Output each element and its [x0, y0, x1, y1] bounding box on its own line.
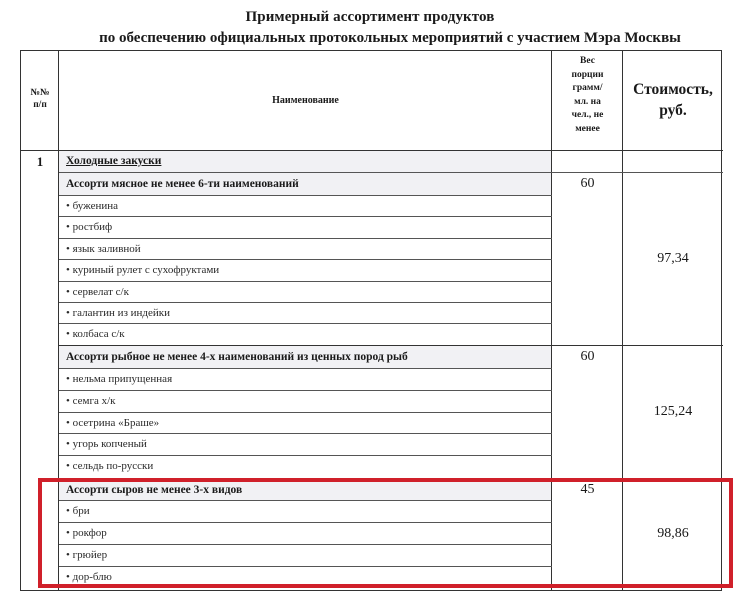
list-item: • нельма припущенная	[66, 373, 172, 385]
document-title: Примерный ассортимент продуктов	[0, 9, 740, 26]
header-weight: Вес порции грамм/ мл. на чел., не менее	[552, 55, 623, 136]
row-divider	[59, 390, 552, 391]
list-item: • угорь копченый	[66, 438, 147, 450]
header-weight-line: менее	[552, 123, 623, 137]
group-title: Ассорти мясное не менее 6-ти наименовани…	[66, 178, 299, 190]
row-divider	[59, 259, 552, 260]
group-title: Ассорти рыбное не менее 4-х наименований…	[66, 351, 408, 363]
section-number: 1	[21, 154, 59, 170]
row-divider	[59, 195, 552, 196]
header-cost-line1: Стоимость,	[623, 79, 723, 100]
row-divider	[59, 433, 552, 434]
document-subtitle: по обеспечению официальных протокольных …	[20, 30, 740, 47]
row-divider	[59, 281, 552, 282]
cost-value: 97,34	[623, 251, 723, 267]
list-item: • сельдь по-русски	[66, 460, 153, 472]
header-cost: Стоимость, руб.	[623, 79, 723, 121]
portion-weight: 60	[552, 176, 623, 192]
row-divider	[59, 216, 552, 217]
header-cost-line2: руб.	[623, 100, 723, 121]
row-divider	[59, 323, 552, 324]
group-divider	[59, 345, 723, 346]
header-weight-line: грамм/	[552, 82, 623, 96]
row-divider	[59, 172, 723, 173]
section-title: Холодные закуски	[66, 155, 161, 167]
list-item: • семга х/к	[66, 395, 116, 407]
list-item: • колбаса с/к	[66, 328, 125, 340]
list-item: • ростбиф	[66, 221, 112, 233]
list-item: • сервелат с/к	[66, 286, 129, 298]
header-number-line1: №№	[21, 87, 59, 99]
row-divider	[59, 368, 552, 369]
list-item: • буженина	[66, 200, 118, 212]
header-number: №№ п/п	[21, 87, 59, 111]
row-divider	[59, 412, 552, 413]
header-weight-line: мл. на	[552, 96, 623, 110]
header-weight-line: чел., не	[552, 109, 623, 123]
header-weight-line: порции	[552, 69, 623, 83]
row-divider	[59, 455, 552, 456]
list-item: • осетрина «Браше»	[66, 417, 159, 429]
row-divider	[59, 238, 552, 239]
list-item: • галантин из индейки	[66, 307, 170, 319]
header-divider	[21, 150, 723, 151]
list-item: • куриный рулет с сухофруктами	[66, 264, 219, 276]
header-weight-line: Вес	[552, 55, 623, 69]
highlight-box	[38, 478, 733, 588]
header-number-line2: п/п	[21, 99, 59, 111]
portion-weight: 60	[552, 349, 623, 365]
list-item: • язык заливной	[66, 243, 141, 255]
cost-value: 125,24	[623, 404, 723, 420]
row-divider	[59, 302, 552, 303]
header-name: Наименование	[59, 95, 552, 106]
